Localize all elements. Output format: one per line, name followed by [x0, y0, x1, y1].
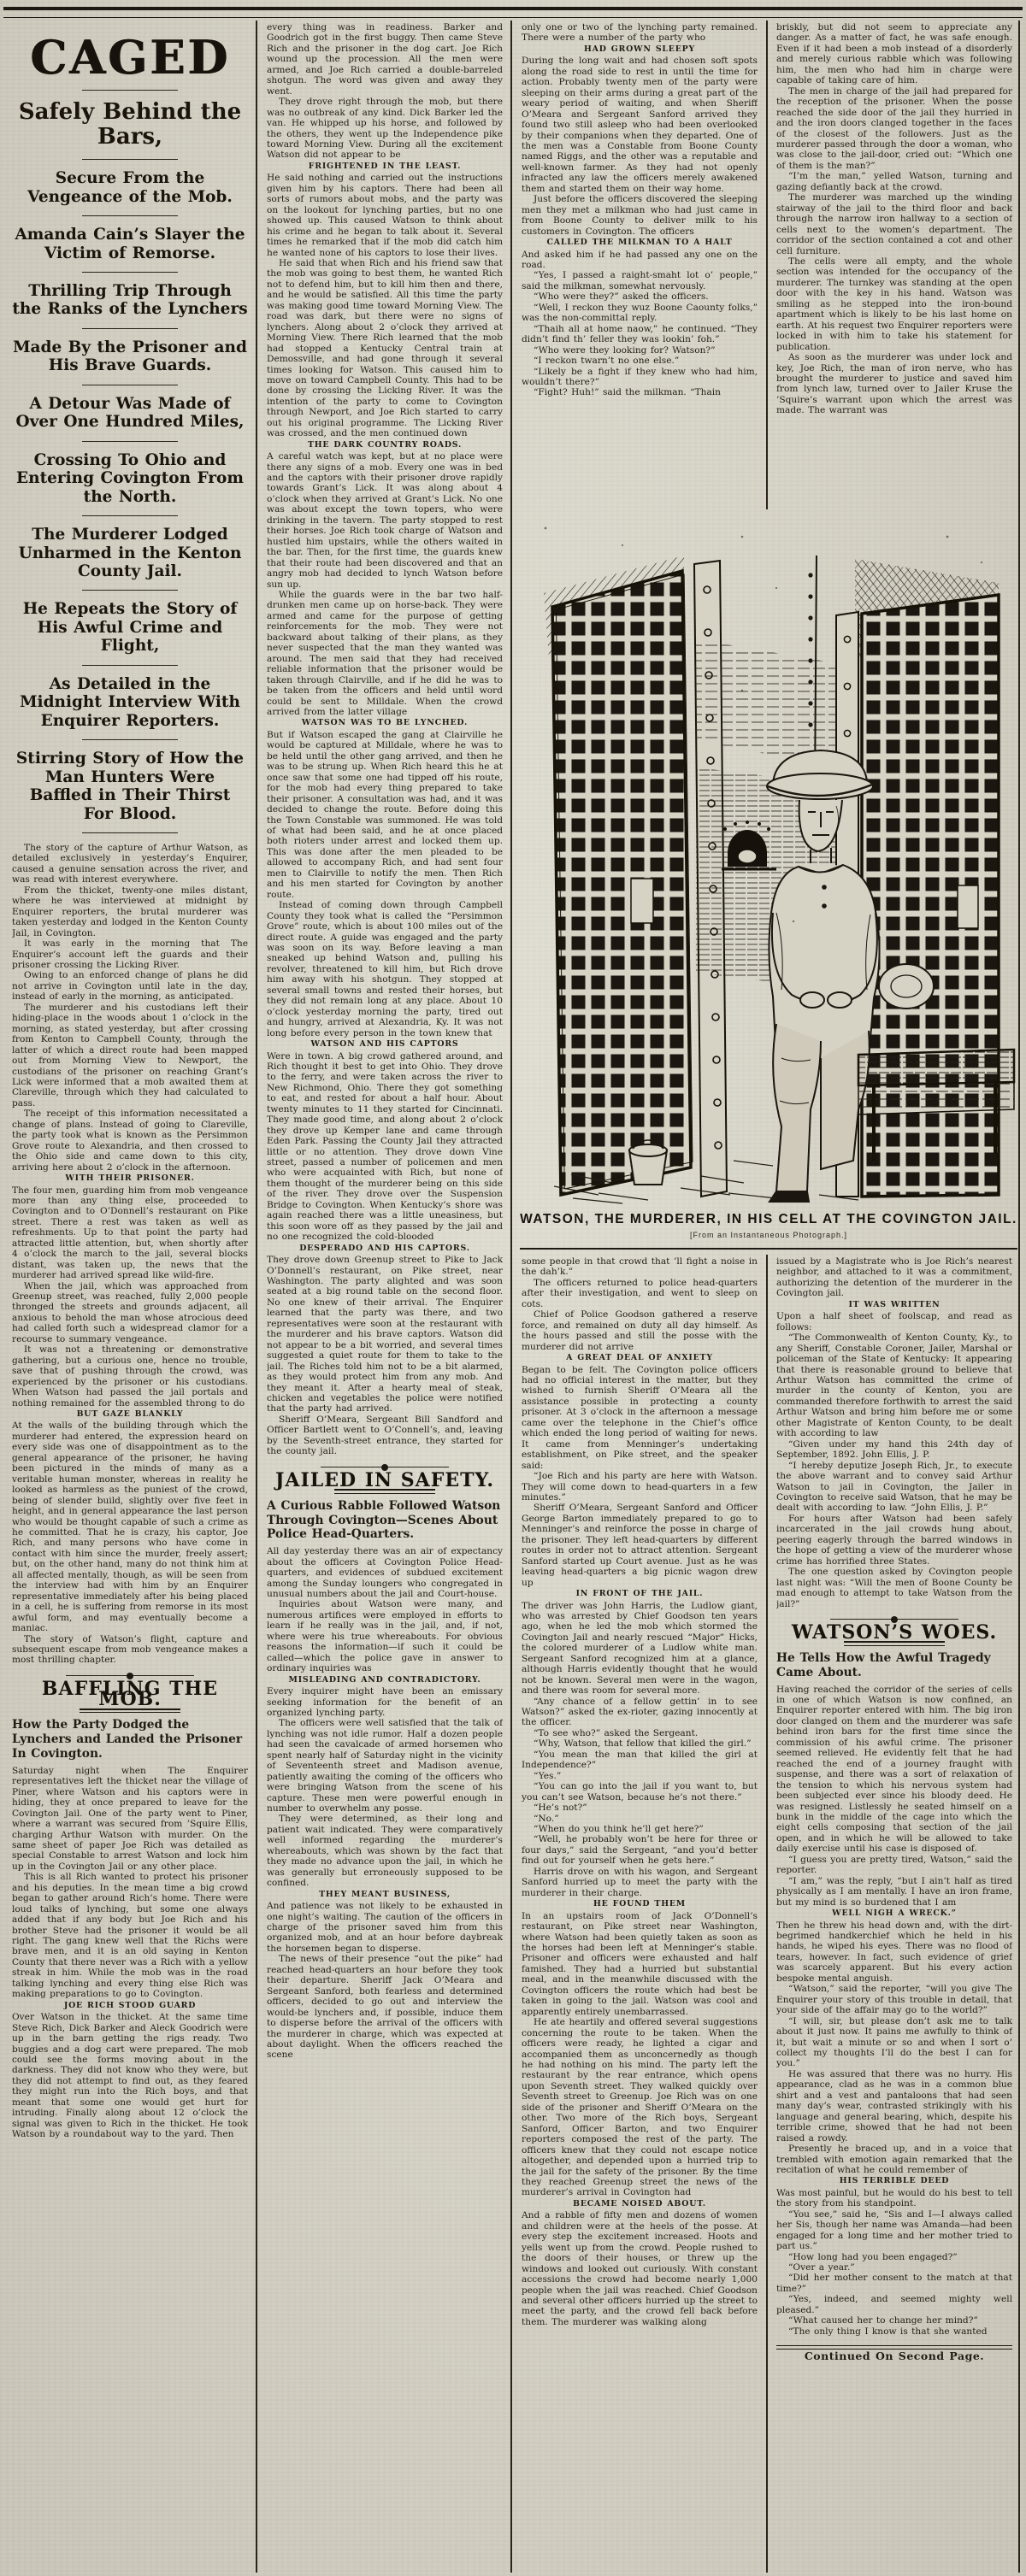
- hrule-0-11: [82, 385, 178, 385]
- para-2-14: “You can go into the jail if you want to…: [522, 1781, 758, 1803]
- hrule-0-7: [82, 272, 178, 273]
- para-3-3: “The Commonwealth of Kenton County, Ky.,…: [776, 1332, 1012, 1439]
- para-2-10: “To see who?” asked the Sergeant.: [522, 1728, 758, 1738]
- column-rule-3-lower: [766, 1255, 768, 2573]
- caption-rule: [520, 1248, 1017, 1250]
- jail-cell-drawing: [520, 511, 1017, 1205]
- secdeck-1-18: A Curious Rabble Followed Watson Through…: [267, 1499, 503, 1542]
- hrule-0-15: [82, 515, 178, 516]
- subhead-1-8: WATSON WAS TO BE LYNCHED.: [267, 718, 503, 728]
- dashrule-3-8: [776, 1614, 1012, 1624]
- subhead-2-23: BECAME NOISED ABOUT.: [522, 2199, 758, 2209]
- para-3-13: “I am,” was the reply, “but I ain’t half…: [776, 1876, 1012, 1908]
- para0-1-9: But if Watson escaped the gang at Clairv…: [267, 730, 503, 900]
- para-2-5: “Joe Rich and his party are here with Wa…: [522, 1471, 758, 1503]
- para-1-20: Inquiries about Watson were many, and nu…: [267, 1599, 503, 1673]
- para0-1-22: Every inquirer might have been an emissa…: [267, 1686, 503, 1718]
- para-2-12: “Likely be a fight if they knew who had …: [522, 367, 758, 388]
- para-3-4: The cells were all empty, and the whole …: [776, 256, 1012, 352]
- deck-0-12: A Detour Was Made of Over One Hundred Mi…: [12, 395, 248, 432]
- para-2-17: “When do you think he’ll get here?”: [522, 1824, 758, 1834]
- para0-1-0: every thing was in readiness. Barker and…: [267, 22, 503, 97]
- para-2-18: “Well, he probably won’t be here for thr…: [522, 1834, 758, 1866]
- para-3-26: “Yes, indeed, and seemed mighty well ple…: [776, 2294, 1012, 2315]
- jail-cell-illustration: [520, 511, 1017, 1205]
- subhead-2-1: HAD GROWN SLEEPY: [522, 44, 758, 55]
- subhead-1-5: THE DARK COUNTRY ROADS.: [267, 440, 503, 450]
- para-0-29: The receipt of this information necessit…: [12, 1109, 248, 1173]
- masthead-rule: [3, 7, 1023, 18]
- para0-2-5: And asked him if he had passed any one o…: [522, 250, 758, 271]
- sechead-1-17: JAILED IN SAFETY.: [267, 1475, 503, 1494]
- subhead-1-2: FRIGHTENED IN THE LEAST.: [267, 162, 503, 172]
- para-2-19: Harris drove on with his wagon, and Serg…: [522, 1867, 758, 1898]
- para0-3-2: Upon a half sheet of foolscap, and read …: [776, 1311, 1012, 1332]
- para-2-11: “Why, Watson, that fellow that killed th…: [522, 1738, 758, 1749]
- subhead-1-11: WATSON AND HIS CAPTORS: [267, 1039, 503, 1050]
- para-3-5: “I hereby deputize Joseph Rich, Jr., to …: [776, 1461, 1012, 1514]
- deck-0-22: Stirring Story of How the Man Hunters We…: [12, 750, 248, 823]
- hrule-0-9: [82, 328, 178, 329]
- column-3-lower: some people in that crowd that ’ll fight…: [522, 1256, 758, 2573]
- column-4-lower: issued by a Magistrate who is Joe Rich’s…: [776, 1256, 1012, 2573]
- subhead-0-30: WITH THEIR PRISONER.: [12, 1173, 248, 1184]
- para0-0-40: Saturday night when The Enquirer represe…: [12, 1766, 248, 1873]
- subhead-3-14: WELL NIGH A WRECK.”: [776, 1908, 1012, 1919]
- para0-2-21: In an upstairs room of Jack O’Donnell’s …: [522, 1911, 758, 2018]
- para-1-23: The officers were well satisfied that th…: [267, 1718, 503, 1814]
- para-2-16: “No.”: [522, 1814, 758, 1824]
- subhead-1-13: DESPERADO AND HIS CAPTORS.: [267, 1244, 503, 1254]
- para0-1-19: All day yesterday there was an air of ex…: [267, 1546, 503, 1599]
- hrule-0-21: [82, 739, 178, 740]
- para-2-6: Sheriff O’Meara, Sergeant Sanford and Of…: [522, 1503, 758, 1588]
- decklg-0-2: Safely Behind the Bars,: [12, 100, 248, 150]
- hrule-0-1: [82, 90, 178, 91]
- para-1-10: Instead of coming down through Campbell …: [267, 900, 503, 1038]
- para-2-6: “Yes, I passed a raight-smaht lot o’ peo…: [522, 270, 758, 291]
- deck-0-4: Secure From the Vengeance of the Mob.: [12, 169, 248, 206]
- para0-1-14: They drove down Greenup street to Pike t…: [267, 1255, 503, 1414]
- para0-3-15: Then he threw his head down and, with th…: [776, 1920, 1012, 1985]
- para-3-12: “I guess you are pretty tired, Watson,” …: [776, 1855, 1012, 1876]
- para0-0-35: At the walls of the building through whi…: [12, 1420, 248, 1633]
- hrule-0-17: [82, 590, 178, 591]
- para-3-17: “I will, sir, but please don’t ask me to…: [776, 2016, 1012, 2069]
- deck-0-14: Crossing To Ohio and Entering Covington …: [12, 451, 248, 506]
- para-3-24: “Over a year.”: [776, 2262, 1012, 2273]
- deck-0-10: Made By the Prisoner and His Brave Guard…: [12, 338, 248, 375]
- para0-3-11: Having reached the corridor of the serie…: [776, 1685, 1012, 1855]
- subhead-0-42: JOE RICH STOOD GUARD: [12, 2001, 248, 2011]
- subhead-1-25: THEY MEANT BUSINESS,: [267, 1890, 503, 1900]
- dashrule-0-37: [12, 1671, 248, 1680]
- continued-3-29: Continued On Second Page.: [776, 2345, 1012, 2361]
- para-2-13: “Yes.”: [522, 1771, 758, 1781]
- subhead-2-4: CALLED THE MILKMAN TO A HALT: [522, 238, 758, 248]
- subhead-3-20: HIS TERRIBLE DEED: [776, 2176, 1012, 2186]
- para-3-28: “The only thing I know is that she wante…: [776, 2326, 1012, 2337]
- para0-2-8: The driver was John Harris, the Ludlow g…: [522, 1601, 758, 1697]
- para0-3-0: briskly, but did not seem to appreciate …: [776, 22, 1012, 86]
- hrule-0-19: [82, 665, 178, 666]
- subhead-2-3: A GREAT DEAL OF ANXIETY: [522, 1353, 758, 1363]
- para-3-3: The murderer was marched up the winding …: [776, 192, 1012, 256]
- para0-1-26: And patience was not likely to be exhaus…: [267, 1901, 503, 1954]
- subhead-0-34: BUT GAZE BLANKLY: [12, 1409, 248, 1420]
- para-3-19: Presently he braced up, and in a voice t…: [776, 2144, 1012, 2175]
- hrule-0-5: [82, 215, 178, 216]
- para-2-10: “Who were they looking for? Watson?”: [522, 345, 758, 356]
- para-3-23: “How long had you been engaged?”: [776, 2252, 1012, 2262]
- para0-2-24: And a rabble of fifty men and dozens of …: [522, 2210, 758, 2327]
- para-2-3: Just before the officers discovered the …: [522, 194, 758, 237]
- hrule-0-13: [82, 441, 178, 442]
- para-0-32: When the jail, which was approached from…: [12, 1281, 248, 1345]
- para0-0-43: Over Watson in the thicket. At the same …: [12, 2012, 248, 2139]
- sechead-0-38: BAFFLING THE MOB.: [12, 1684, 248, 1713]
- para-3-7: The one question asked by Covington peop…: [776, 1567, 1012, 1609]
- para0-1-3: He said nothing and carried out the inst…: [267, 173, 503, 258]
- para-3-18: He was assured that there was no hurry. …: [776, 2069, 1012, 2144]
- subhead-1-21: MISLEADING AND CONTRADICTORY.: [267, 1675, 503, 1685]
- para-2-9: “Any chance of a fellow gettin’ in to se…: [522, 1697, 758, 1728]
- para0-0-31: The four men, guarding him from mob veng…: [12, 1185, 248, 1281]
- para-0-25: From the thicket, twenty-one miles dista…: [12, 885, 248, 938]
- para-1-15: Sheriff O’Meara, Sergeant Bill Sandford …: [267, 1414, 503, 1457]
- column-rule-3-upper: [766, 21, 768, 509]
- para-2-1: The officers returned to police head-qua…: [522, 1278, 758, 1309]
- deck-0-18: He Repeats the Story of His Awful Crime …: [12, 600, 248, 655]
- deck-0-6: Amanda Cain’s Slayer the Victim of Remor…: [12, 226, 248, 262]
- para-2-7: “Who were they?” asked the officers.: [522, 291, 758, 302]
- para-1-1: They drove right through the mob, but th…: [267, 97, 503, 161]
- para0-1-12: Were in town. A big crowd gathered aroun…: [267, 1051, 503, 1243]
- para-3-25: “Did her mother consent to the match at …: [776, 2273, 1012, 2294]
- hrule-0-3: [82, 159, 178, 160]
- para-2-22: He ate heartily and offered several sugg…: [522, 2017, 758, 2198]
- para0-2-0: some people in that crowd that ’ll fight…: [522, 1256, 758, 1278]
- page-edge-rule: [1018, 21, 1020, 2573]
- illustration-subcaption: [From an Instantaneous Photograph.]: [520, 1231, 1017, 1239]
- para0-2-0: only one or two of the lynching party re…: [522, 22, 758, 44]
- para-2-9: “Thaih all at home naow,” he continued. …: [522, 324, 758, 345]
- para0-1-6: A careful watch was kept, but at no plac…: [267, 451, 503, 590]
- subhead-2-20: HE FOUND THEM: [522, 1899, 758, 1909]
- deck-0-20: As Detailed in the Midnight Interview Wi…: [12, 675, 248, 730]
- subhead-2-7: IN FRONT OF THE JAIL.: [522, 1589, 758, 1599]
- para-2-8: “Well, I reckon they wuz Boone Caounty f…: [522, 303, 758, 324]
- para0-2-2: During the long wait and had chosen soft…: [522, 56, 758, 194]
- para-3-27: “What caused her to change her mind?”: [776, 2315, 1012, 2326]
- para-3-1: The men in charge of the jail had prepar…: [776, 86, 1012, 172]
- left-cell-door: [552, 571, 693, 1195]
- column-rule-2: [510, 21, 512, 2573]
- para-2-13: “Fight? Huh!” said the milkman. “Thain: [522, 387, 758, 397]
- para-0-28: The murderer and his custodians left the…: [12, 1003, 248, 1109]
- bucket: [629, 1140, 667, 1185]
- para-0-36: The story of Watson’s flight, capture an…: [12, 1634, 248, 1666]
- para-1-7: While the guards were in the bar two hal…: [267, 590, 503, 717]
- column-4-upper: briskly, but did not seem to appreciate …: [776, 22, 1012, 509]
- para-3-4: “Given under my hand this 24th day of Se…: [776, 1439, 1012, 1461]
- hrule-0-23: [82, 832, 178, 833]
- dashrule-1-16: [267, 1462, 503, 1472]
- para-1-24: They were determined, as their long and …: [267, 1814, 503, 1888]
- para-3-5: As soon as the murderer was under lock a…: [776, 352, 1012, 416]
- mainhead-0-0: CAGED: [12, 34, 248, 80]
- deck-0-8: Thrilling Trip Through the Ranks of the …: [12, 282, 248, 319]
- para-3-6: For hours after Watson had been safely i…: [776, 1514, 1012, 1567]
- secdeck-3-10: He Tells How the Awful Tragedy Came Abou…: [776, 1651, 1012, 1680]
- column-2: every thing was in readiness. Barker and…: [267, 22, 503, 2573]
- para-3-16: “Watson,” said the reporter, “will you g…: [776, 1984, 1012, 2015]
- para-0-24: The story of the capture of Arthur Watso…: [12, 843, 248, 885]
- para-2-11: “I reckon twarn’t no one else.”: [522, 356, 758, 366]
- para-1-4: He said that when Rich and his friend sa…: [267, 258, 503, 439]
- para-2-12: “You mean the man that killed the girl a…: [522, 1750, 758, 1771]
- para-2-2: Chief of Police Goodson gathered a reser…: [522, 1309, 758, 1352]
- para0-2-4: Began to be felt. The Covington police o…: [522, 1365, 758, 1472]
- column-1: CAGEDSafely Behind the Bars,Secure From …: [12, 21, 248, 2573]
- para-3-22: “You see,” said he, “Sis and I—I always …: [776, 2209, 1012, 2252]
- subhead-3-1: IT WAS WRITTEN: [776, 1300, 1012, 1310]
- secdeck-0-39: How the Party Dodged the Lynchers and La…: [12, 1718, 248, 1761]
- para-3-2: “I’m the man,” yelled Watson, turning an…: [776, 171, 1012, 192]
- para-0-33: It was not a threatening or demonstrativ…: [12, 1344, 248, 1409]
- para-0-41: This is all Rich wanted to protect his p…: [12, 1872, 248, 1999]
- para-0-26: It was early in the morning that The Enq…: [12, 938, 248, 970]
- column-3-upper: only one or two of the lynching party re…: [522, 22, 758, 509]
- para0-3-0: issued by a Magistrate who is Joe Rich’s…: [776, 1256, 1012, 1299]
- para-0-27: Owing to an enforced change of plans he …: [12, 970, 248, 1002]
- column-rule-1: [256, 21, 257, 2573]
- illustration-caption: WATSON, THE MURDERER, IN HIS CELL AT THE…: [520, 1212, 1017, 1227]
- sechead-3-9: WATSON’S WOES.: [776, 1627, 1012, 1646]
- para0-3-21: Was most painful, but he would do his be…: [776, 2188, 1012, 2209]
- deck-0-16: The Murderer Lodged Unharmed in the Kent…: [12, 526, 248, 580]
- newspaper-page: CAGEDSafely Behind the Bars,Secure From …: [0, 0, 1026, 2576]
- para-1-27: The news of their presence “out the pike…: [267, 1954, 503, 2061]
- para-2-15: “He’s not?”: [522, 1803, 758, 1813]
